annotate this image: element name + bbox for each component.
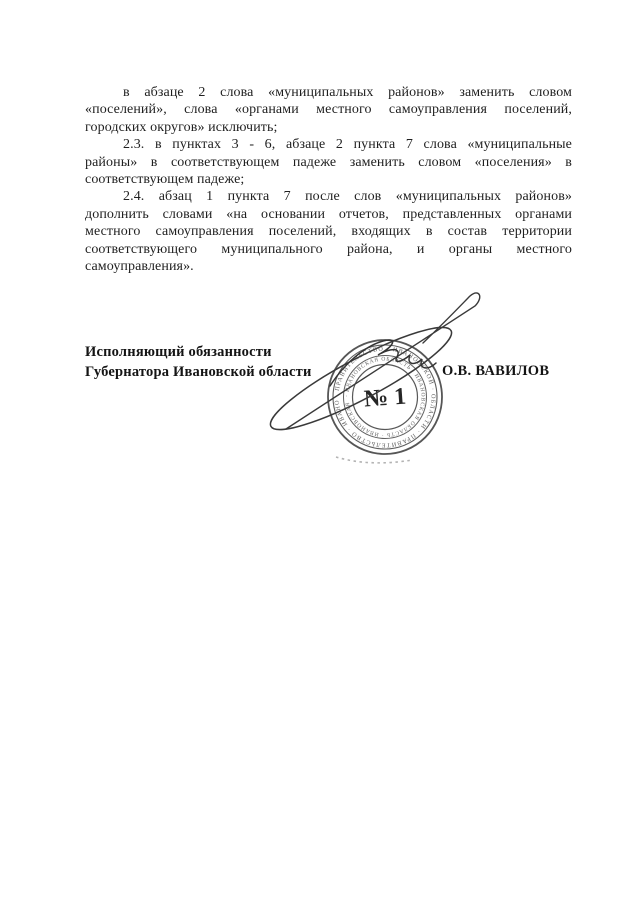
text-line: в абзаце 2 слова «муниципальных районов»…	[85, 84, 572, 101]
text-line: соответствующем падеже;	[85, 171, 572, 188]
text-line: городских округов» исключить;	[85, 119, 572, 136]
official-seal: · ПРАВИТЕЛЬСТВО · ИВАНОВСКОЙ · ОБЛАСТИ ·…	[250, 283, 510, 483]
text-line: 2.3. в пунктах 3 - 6, абзаце 2 пункта 7 …	[85, 136, 572, 153]
text-line: самоуправления».	[85, 258, 572, 275]
document-page: в абзаце 2 слова «муниципальных районов»…	[0, 0, 640, 905]
paragraph: 2.4. абзац 1 пункта 7 после слов «муници…	[85, 188, 572, 275]
text-line: местного самоуправления поселений, входя…	[85, 223, 572, 240]
seal-smudge-marks	[336, 457, 412, 463]
paragraph: 2.3. в пунктах 3 - 6, абзаце 2 пункта 7 …	[85, 136, 572, 188]
text-line: 2.4. абзац 1 пункта 7 после слов «муници…	[85, 188, 572, 205]
text-line: соответствующего муниципального района, …	[85, 241, 572, 258]
paragraph: в абзаце 2 слова «муниципальных районов»…	[85, 84, 572, 136]
document-body: в абзаце 2 слова «муниципальных районов»…	[85, 84, 572, 275]
text-line: «поселений», слова «органами местного са…	[85, 101, 572, 118]
text-line: дополнить словами «на основании отчетов,…	[85, 206, 572, 223]
text-line: районы» в соответствующем падеже заменит…	[85, 154, 572, 171]
